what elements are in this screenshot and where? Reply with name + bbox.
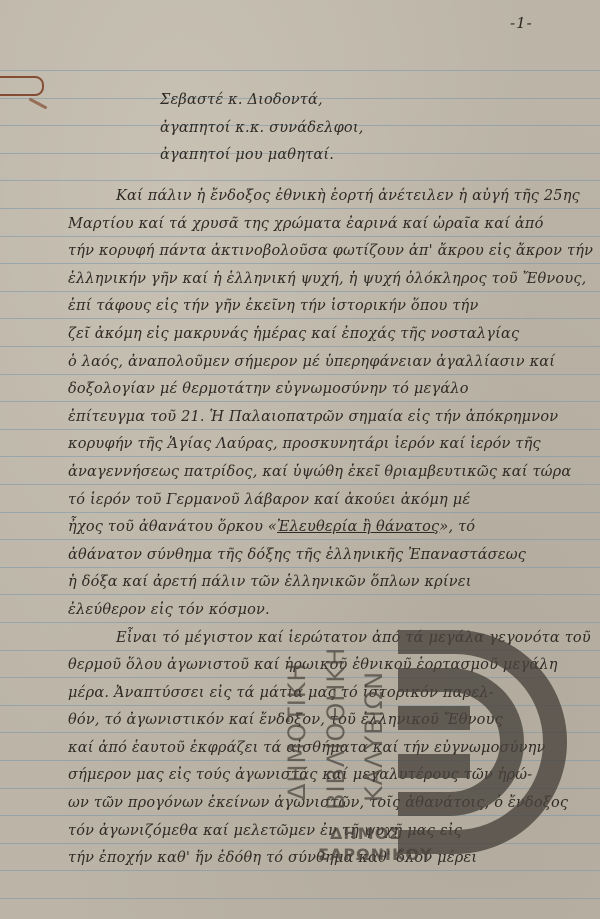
rule-line: [0, 180, 600, 181]
letter-line: ἐπί τάφους εἰς τήν γῆν ἐκεῖνη τήν ἱστορι…: [68, 293, 596, 321]
letter-line: κορυφήν τῆς Ἁγίας Λαύρας, προσκυνητάρι ἱ…: [68, 431, 596, 459]
letter-line: τό ἱερόν τοῦ Γερμανοῦ λάβαρον καί ἀκούει…: [68, 487, 596, 515]
letter-line: ἐλεύθερον εἰς τόν κόσμον.: [68, 597, 596, 625]
letter-line: ἐπίτευγμα τοῦ 21. Ἡ Παλαιοπατρῶν σημαία …: [68, 404, 596, 432]
letter-line: θόν, τό ἀγωνιστικόν καί ἔνδοξον, τοῦ ἑλλ…: [68, 707, 596, 735]
letter-line: ἦχος τοῦ ἀθανάτου ὅρκου «Ἐλευθερία ἢ θάν…: [68, 514, 596, 542]
letter-line: ων τῶν προγόνων ἐκείνων ἀγωνιστῶν, τοῖς …: [68, 790, 596, 818]
rule-line: [0, 70, 600, 71]
rule-line: [0, 898, 600, 899]
letter-line: τόν ἀγωνιζόμεθα καί μελετῶμεν ἐν τῇ ψυχῇ…: [68, 818, 596, 846]
letter-line: ὁ λαός, ἀναπολοῦμεν σήμερον μέ ὑπερηφάνε…: [68, 349, 596, 377]
rust-stain: [0, 76, 44, 96]
letter-line: ἀναγεννήσεως πατρίδος, καί ὑψώθη ἐκεῖ θρ…: [68, 459, 596, 487]
letter-line: δοξολογίαν μέ θερμοτάτην εὐγνωμοσύνην τό…: [68, 376, 596, 404]
letter-line: τήν κορυφή πάντα ἀκτινοβολοῦσα φωτίζουν …: [68, 238, 596, 266]
letter-body: Καί πάλιν ἡ ἔνδοξος ἐθνικὴ ἑορτή ἀνέτειλ…: [68, 183, 596, 873]
scanned-letter-page: -1- Σεβαστέ κ. Διοδοντά, ἀγαπητοί κ.κ. σ…: [0, 0, 600, 919]
letter-line: τήν ἐποχήν καθ' ἥν ἐδόθη τό σύνθημα καθ'…: [68, 845, 596, 873]
underlined-motto: Ἐλευθερία ἢ θάνατος: [277, 519, 439, 535]
letter-line: σήμερον μας εἰς τούς ἀγωνιστάς καί μεγαλ…: [68, 762, 596, 790]
letter-line: μέρα. Ἀναπτύσσει εἰς τά μάτια μας τό ἱστ…: [68, 680, 596, 708]
letter-line: ζεῖ ἀκόμη εἰς μακρυνάς ἡμέρας καί ἐποχάς…: [68, 321, 596, 349]
salutation-line: ἀγαπητοί μου μαθηταί.: [160, 142, 364, 170]
letter-line: ἡ δόξα καί ἀρετή πάλιν τῶν ἑλληνικῶν ὅπλ…: [68, 569, 596, 597]
letter-line: ἑλληνικήν γῆν καί ἡ ἑλληνική ψυχή, ἡ ψυχ…: [68, 266, 596, 294]
salutation-line: Σεβαστέ κ. Διοδοντά,: [160, 87, 364, 115]
letter-line: Μαρτίου καί τά χρυσᾶ της χρώματα ἐαρινά …: [68, 211, 596, 239]
salutation-line: ἀγαπητοί κ.κ. συνάδελφοι,: [160, 115, 364, 143]
letter-line: θερμοῦ ὅλου ἀγωνιστοῦ καί ἡρωικοῦ ἐθνικο…: [68, 652, 596, 680]
page-number: -1-: [510, 14, 533, 32]
letter-line: Εἶναι τό μέγιστον καί ἱερώτατον ἀπό τά μ…: [68, 625, 596, 653]
letter-line: Καί πάλιν ἡ ἔνδοξος ἐθνικὴ ἑορτή ἀνέτειλ…: [68, 183, 596, 211]
letter-line: ἀθάνατον σύνθημα τῆς δόξης τῆς ἑλληνικῆς…: [68, 542, 596, 570]
rust-stain-mark: [28, 97, 47, 109]
salutation: Σεβαστέ κ. Διοδοντά, ἀγαπητοί κ.κ. συνάδ…: [160, 87, 364, 170]
letter-line: καί ἀπό ἑαυτοῦ ἐκφράζει τά αἰσθήματα καί…: [68, 735, 596, 763]
